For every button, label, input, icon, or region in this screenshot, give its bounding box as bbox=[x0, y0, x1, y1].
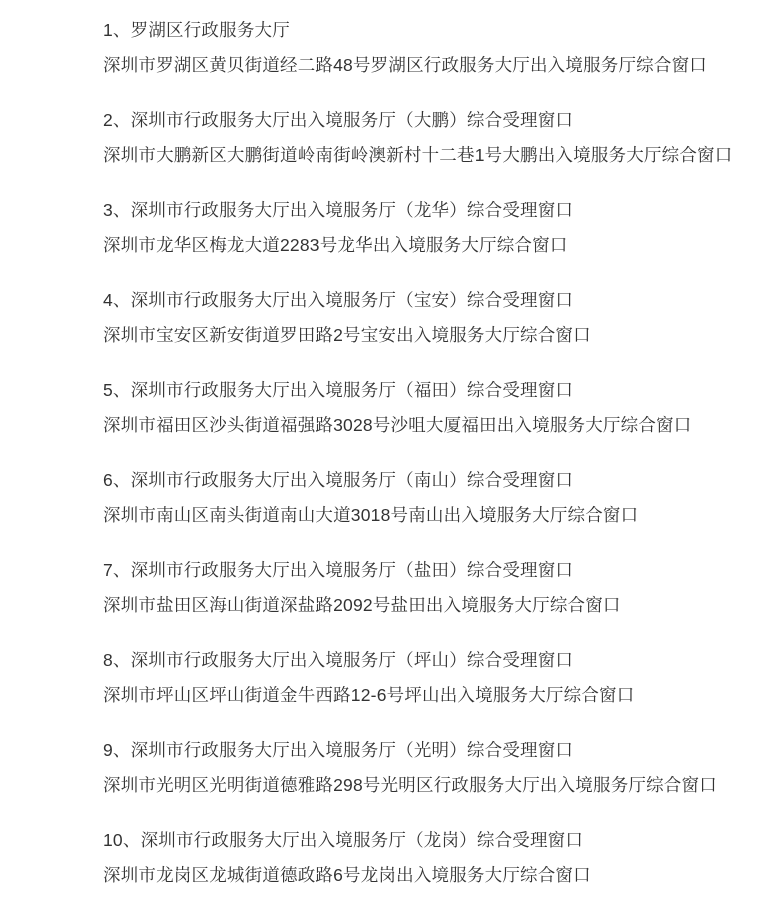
hall-address: 深圳市福田区沙头街道福强路3028号沙咀大厦福田出入境服务大厅综合窗口 bbox=[103, 408, 733, 443]
hall-title: 6、深圳市行政服务大厅出入境服务厅（南山）综合受理窗口 bbox=[103, 463, 733, 498]
hall-title: 9、深圳市行政服务大厅出入境服务厅（光明）综合受理窗口 bbox=[103, 733, 733, 768]
list-item: 8、深圳市行政服务大厅出入境服务厅（坪山）综合受理窗口 深圳市坪山区坪山街道金牛… bbox=[103, 643, 733, 713]
hall-title: 4、深圳市行政服务大厅出入境服务厅（宝安）综合受理窗口 bbox=[103, 283, 733, 318]
list-item: 10、深圳市行政服务大厅出入境服务厅（龙岗）综合受理窗口 深圳市龙岗区龙城街道德… bbox=[103, 823, 733, 893]
hall-title: 1、罗湖区行政服务大厅 bbox=[103, 13, 733, 48]
hall-address: 深圳市南山区南头街道南山大道3018号南山出入境服务大厅综合窗口 bbox=[103, 498, 733, 533]
list-item: 1、罗湖区行政服务大厅 深圳市罗湖区黄贝街道经二路48号罗湖区行政服务大厅出入境… bbox=[103, 13, 733, 83]
hall-address: 深圳市光明区光明街道德雅路298号光明区行政服务大厅出入境服务厅综合窗口 bbox=[103, 768, 733, 803]
service-hall-list: 1、罗湖区行政服务大厅 深圳市罗湖区黄贝街道经二路48号罗湖区行政服务大厅出入境… bbox=[0, 0, 763, 893]
hall-address: 深圳市宝安区新安街道罗田路2号宝安出入境服务大厅综合窗口 bbox=[103, 318, 733, 353]
hall-address: 深圳市坪山区坪山街道金牛西路12-6号坪山出入境服务大厅综合窗口 bbox=[103, 678, 733, 713]
hall-title: 7、深圳市行政服务大厅出入境服务厅（盐田）综合受理窗口 bbox=[103, 553, 733, 588]
hall-address: 深圳市大鹏新区大鹏街道岭南街岭澳新村十二巷1号大鹏出入境服务大厅综合窗口 bbox=[103, 138, 733, 173]
hall-address: 深圳市龙华区梅龙大道2283号龙华出入境服务大厅综合窗口 bbox=[103, 228, 733, 263]
hall-title: 10、深圳市行政服务大厅出入境服务厅（龙岗）综合受理窗口 bbox=[103, 823, 733, 858]
hall-address: 深圳市罗湖区黄贝街道经二路48号罗湖区行政服务大厅出入境服务厅综合窗口 bbox=[103, 48, 733, 83]
hall-title: 3、深圳市行政服务大厅出入境服务厅（龙华）综合受理窗口 bbox=[103, 193, 733, 228]
list-item: 7、深圳市行政服务大厅出入境服务厅（盐田）综合受理窗口 深圳市盐田区海山街道深盐… bbox=[103, 553, 733, 623]
list-item: 5、深圳市行政服务大厅出入境服务厅（福田）综合受理窗口 深圳市福田区沙头街道福强… bbox=[103, 373, 733, 443]
list-item: 3、深圳市行政服务大厅出入境服务厅（龙华）综合受理窗口 深圳市龙华区梅龙大道22… bbox=[103, 193, 733, 263]
list-item: 2、深圳市行政服务大厅出入境服务厅（大鹏）综合受理窗口 深圳市大鹏新区大鹏街道岭… bbox=[103, 103, 733, 173]
hall-title: 5、深圳市行政服务大厅出入境服务厅（福田）综合受理窗口 bbox=[103, 373, 733, 408]
hall-address: 深圳市盐田区海山街道深盐路2092号盐田出入境服务大厅综合窗口 bbox=[103, 588, 733, 623]
list-item: 9、深圳市行政服务大厅出入境服务厅（光明）综合受理窗口 深圳市光明区光明街道德雅… bbox=[103, 733, 733, 803]
hall-title: 8、深圳市行政服务大厅出入境服务厅（坪山）综合受理窗口 bbox=[103, 643, 733, 678]
list-item: 6、深圳市行政服务大厅出入境服务厅（南山）综合受理窗口 深圳市南山区南头街道南山… bbox=[103, 463, 733, 533]
hall-address: 深圳市龙岗区龙城街道德政路6号龙岗出入境服务大厅综合窗口 bbox=[103, 858, 733, 893]
hall-title: 2、深圳市行政服务大厅出入境服务厅（大鹏）综合受理窗口 bbox=[103, 103, 733, 138]
list-item: 4、深圳市行政服务大厅出入境服务厅（宝安）综合受理窗口 深圳市宝安区新安街道罗田… bbox=[103, 283, 733, 353]
